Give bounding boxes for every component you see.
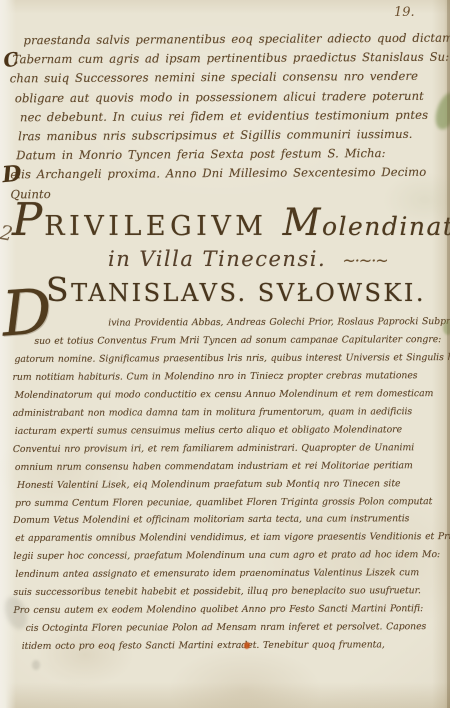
manuscript-line: legii super hoc concessi, praefatum Mole… bbox=[13, 546, 448, 566]
manuscript-line: Tabernam cum agris ad ipsam pertinentibu… bbox=[13, 48, 446, 70]
manuscript-line: cis Octoginta Floren pecuniae Polon ad M… bbox=[26, 618, 449, 638]
manuscript-line: et apparamentis omnibus Molendini vendid… bbox=[15, 528, 448, 548]
manuscript-page: 19. C D praestanda salvis permanentibus … bbox=[0, 0, 450, 708]
title-word-privilegium: PRIVILEGIVM bbox=[12, 193, 267, 246]
manuscript-line: Domum Vetus Molendini et officinam molit… bbox=[13, 511, 448, 531]
body-paragraph: ivina Providentia Abbas, Andreas Golechi… bbox=[12, 313, 448, 656]
title-line-2: in Villa Tinecensi. ~·~·~ bbox=[108, 247, 442, 271]
manuscript-line: pro summa Centum Floren pecuniae, quamli… bbox=[15, 493, 448, 513]
opening-paragraph: C D praestanda salvis permanentibus eoq … bbox=[9, 29, 446, 204]
subtitle-text: STANISLAVS. SVŁOWSKI. bbox=[46, 270, 426, 309]
manuscript-line: administrabant non modica damna tam in m… bbox=[13, 403, 448, 423]
manuscript-line: Pro censu autem ex eodem Molendino quoli… bbox=[14, 600, 449, 620]
manuscript-line: praestanda salvis permanentibus eoq spec… bbox=[23, 29, 445, 51]
manuscript-line: lras manibus nris subscripsimus et Sigil… bbox=[18, 125, 446, 147]
manuscript-line: obligare aut quovis modo in possessionem… bbox=[15, 86, 446, 108]
flourish-icon: ~·~·~ bbox=[342, 251, 387, 270]
manuscript-line: chan suiq Successores nemini sine specia… bbox=[10, 67, 446, 89]
manuscript-line: Honesti Valentini Lisek, eiq Molendinum … bbox=[17, 475, 448, 495]
manuscript-line: iacturam experti sumus censuimus melius … bbox=[15, 421, 448, 441]
title-subline-text: in Villa Tinecensi. bbox=[108, 247, 326, 271]
manuscript-line: nec debebunt. In cuius rei fidem et evid… bbox=[20, 105, 446, 127]
manuscript-line: omnium nrum consensu haben commendatam i… bbox=[15, 457, 448, 477]
manuscript-line: itidem octo pro eoq festo Sancti Martini… bbox=[22, 636, 449, 656]
manuscript-line: Conventui nro provisum iri, et rem famil… bbox=[13, 439, 448, 459]
manuscript-line: lendinum antea assignato et emensurato i… bbox=[15, 564, 448, 584]
title-word-molendinatoris: Molendinatoris bbox=[283, 201, 450, 244]
folio-number: 19. bbox=[394, 5, 415, 20]
marginal-flourish-icon: C bbox=[2, 50, 20, 71]
manuscript-line: suis successoribus tenebit habebit et po… bbox=[13, 582, 448, 602]
manuscript-line: elis Archangeli proxima. Anno Dni Milles… bbox=[10, 163, 446, 185]
manuscript-line: ivina Providentia Abbas, Andreas Golechi… bbox=[108, 313, 447, 332]
manuscript-line: gatorum nomine. Significamus praesentibu… bbox=[14, 349, 447, 369]
gray-speck bbox=[32, 660, 40, 670]
marginal-initial-icon: D bbox=[1, 164, 22, 185]
manuscript-line: suo et totius Conventus Frum Mrii Tyncen… bbox=[34, 331, 447, 351]
manuscript-line: rum notitiam habituris. Cum in Molendino… bbox=[12, 367, 447, 387]
section-heading-name: STANISLAVS. SVŁOWSKI. bbox=[46, 270, 426, 309]
document-title: 2 PRIVILEGIVM Molendinatoris in Villa Ti… bbox=[12, 193, 442, 271]
title-line-1: PRIVILEGIVM Molendinatoris bbox=[12, 193, 442, 246]
manuscript-line: Datum in Monrio Tyncen feria Sexta post … bbox=[16, 144, 446, 166]
manuscript-line: Molendinatorum qui modo conductitio ex c… bbox=[15, 385, 448, 405]
